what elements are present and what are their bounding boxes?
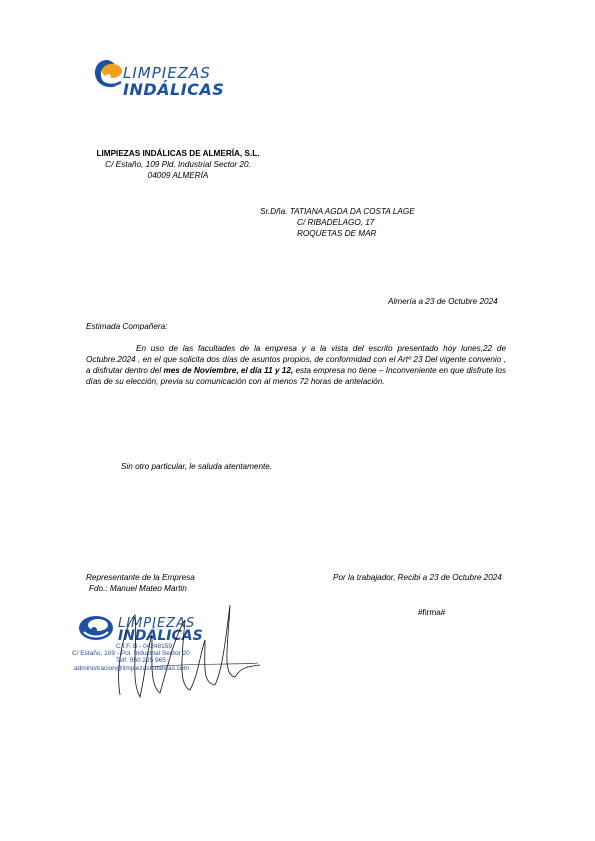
stamp-logo-icon bbox=[78, 614, 114, 642]
sender-address: LIMPIEZAS INDÁLICAS DE ALMERÍA, S.L. C/ … bbox=[93, 148, 263, 181]
recipient-name: Sr.Dña. TATIANA AGDA DA COSTA LAGE bbox=[260, 206, 415, 217]
company-signer: Fdo.: Manuel Mateo Martin bbox=[86, 583, 195, 594]
stamp-line2: INDÁLICAS bbox=[118, 628, 203, 644]
recipient-address: Sr.Dña. TATIANA AGDA DA COSTA LAGE C/ RI… bbox=[260, 206, 415, 239]
company-signature-block: Representante de la Empresa Fdo.: Manuel… bbox=[86, 572, 195, 594]
stamp-email: administracion@limpiezasindalicas.com bbox=[74, 665, 189, 672]
closing: Sin otro particular, le saluda atentamen… bbox=[121, 461, 272, 472]
worker-receipt: Por la trabajador, Recibi a 23 de Octubr… bbox=[333, 572, 502, 583]
stamp-cif: C.I.F. B - 04248159 bbox=[116, 643, 172, 650]
company-name: LIMPIEZAS INDÁLICAS DE ALMERÍA, S.L. bbox=[93, 148, 263, 159]
company-street: C/ Estaño, 109 Pld. Industrial Sector 20… bbox=[93, 159, 263, 170]
company-stamp: LIMPIEZAS INDÁLICAS C.I.F. B - 04248159 … bbox=[72, 612, 232, 682]
greeting: Estimada Compañera: bbox=[86, 321, 167, 332]
logo-line2: INDÁLICAS bbox=[123, 80, 224, 99]
stamp-phone: Telf. 950 225 965 bbox=[116, 657, 166, 664]
stamp-address: C/ Estaño, 109 - Pol. Industrial Sector … bbox=[72, 650, 190, 657]
company-city: 04009 ALMERÍA bbox=[93, 170, 263, 181]
letter-date: Almería a 23 de Octubre 2024 bbox=[388, 296, 498, 307]
recipient-city: ROQUETAS DE MAR bbox=[260, 228, 415, 239]
body-highlight: mes de Noviembre, el día 11 y 12, bbox=[163, 366, 293, 375]
worker-signature-placeholder: #firma# bbox=[418, 607, 445, 618]
company-role: Representante de la Empresa bbox=[86, 572, 195, 583]
recipient-street: C/ RIBADELAGO, 17 bbox=[260, 217, 415, 228]
letter-body: En uso de las facultades de la empresa y… bbox=[86, 343, 506, 387]
company-logo: LIMPIEZAS INDÁLICAS bbox=[93, 52, 243, 102]
company-logo-icon bbox=[93, 56, 125, 94]
